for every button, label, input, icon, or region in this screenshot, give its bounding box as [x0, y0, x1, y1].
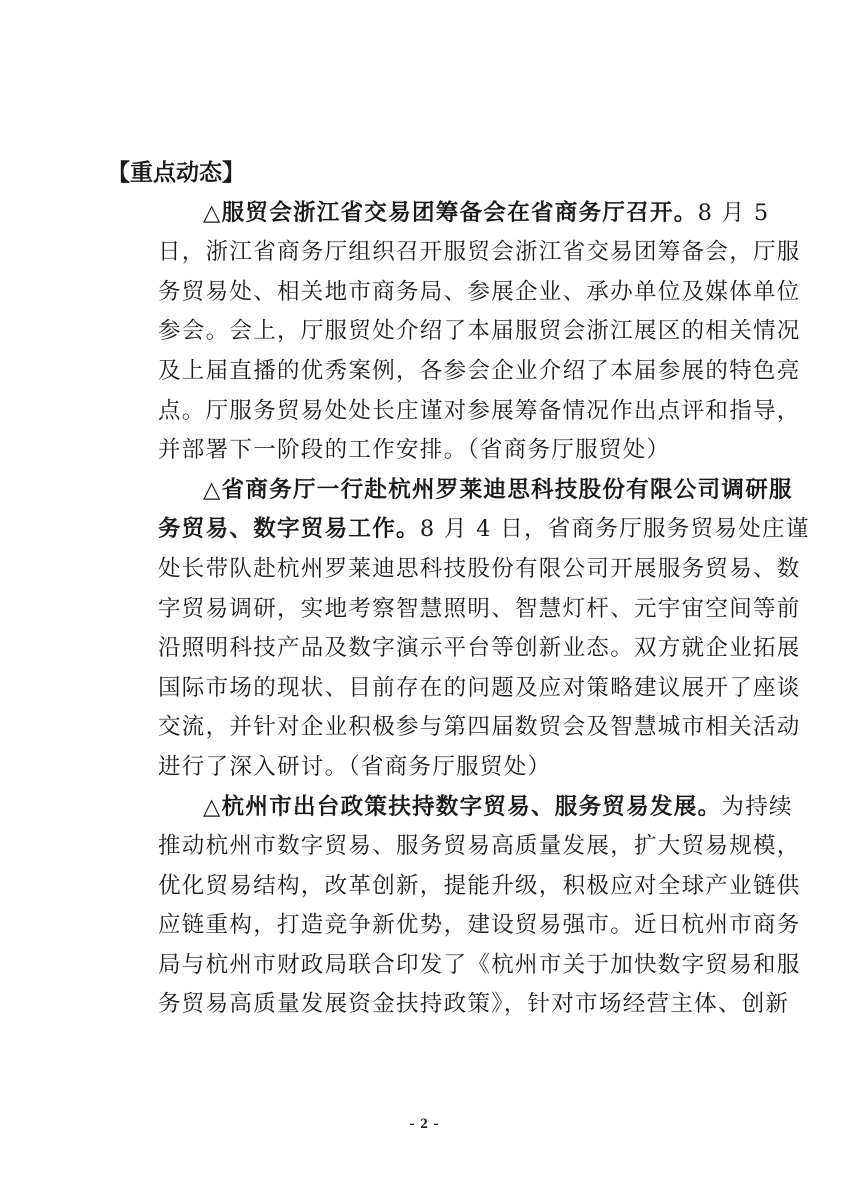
section-heading: 【重点动态】 — [107, 154, 745, 194]
article-headline: △杭州市出台政策扶持数字贸易、服务贸易发展。 — [203, 794, 721, 820]
article-headline: △服贸会浙江省交易团筹备会在省商务厅召开。 — [203, 200, 698, 226]
text-line: △杭州市出台政策扶持数字贸易、服务贸易发展。为持续 — [113, 788, 745, 828]
body-text: 8 月 5 — [698, 200, 770, 226]
page-number: - 2 - — [0, 1116, 849, 1133]
text-line: 点。厅服务贸易处处长庄谨对参展筹备情况作出点评和指导， — [113, 392, 745, 432]
text-line: 优化贸易结构，改革创新，提能升级，积极应对全球产业链供 — [113, 867, 745, 907]
body-text: 为持续 — [721, 794, 792, 820]
text-line: 并部署下一阶段的工作安排。（省商务厅服贸处） — [113, 431, 745, 471]
article-leedarson-research-visit: △省商务厅一行赴杭州罗莱迪思科技股份有限公司调研服 务贸易、数字贸易工作。8 月… — [113, 471, 745, 788]
text-line: 沿照明科技产品及数字演示平台等创新业态。双方就企业拓展 — [113, 629, 745, 669]
text-line: 字贸易调研，实地考察智慧照明、智慧灯杆、元宇宙空间等前 — [113, 590, 745, 630]
text-line: 交流，并针对企业积极参与第四届数贸会及智慧城市相关活动 — [113, 708, 745, 748]
document-page: 【重点动态】 △服贸会浙江省交易团筹备会在省商务厅召开。8 月 5 日，浙江省商… — [113, 154, 745, 1025]
text-line: 务贸易处、相关地市商务局、参展企业、承办单位及媒体单位 — [113, 273, 745, 313]
text-line: △省商务厅一行赴杭州罗莱迪思科技股份有限公司调研服 — [113, 471, 745, 511]
text-line: 应链重构，打造竞争新优势，建设贸易强市。近日杭州市商务 — [113, 906, 745, 946]
text-line: 参会。会上，厅服贸处介绍了本届服贸会浙江展区的相关情况 — [113, 312, 745, 352]
article-hangzhou-trade-policy: △杭州市出台政策扶持数字贸易、服务贸易发展。为持续 推动杭州市数字贸易、服务贸易… — [113, 788, 745, 1026]
article-headline-cont: 务贸易、数字贸易工作。 — [158, 516, 420, 542]
article-headline: △省商务厅一行赴杭州罗莱迪思科技股份有限公司调研服 — [203, 477, 793, 503]
body-text: 8 月 4 日，省商务厅服务贸易处庄谨 — [420, 516, 810, 542]
text-line: 局与杭州市财政局联合印发了《杭州市关于加快数字贸易和服 — [113, 946, 745, 986]
text-line: 推动杭州市数字贸易、服务贸易高质量发展，扩大贸易规模， — [113, 827, 745, 867]
article-service-trade-fair-preparation: △服贸会浙江省交易团筹备会在省商务厅召开。8 月 5 日，浙江省商务厅组织召开服… — [113, 194, 745, 471]
text-line: 及上届直播的优秀案例，各参会企业介绍了本届参展的特色亮 — [113, 352, 745, 392]
text-line: △服贸会浙江省交易团筹备会在省商务厅召开。8 月 5 — [113, 194, 745, 234]
text-line: 国际市场的现状、目前存在的问题及应对策略建议展开了座谈 — [113, 669, 745, 709]
text-line: 日，浙江省商务厅组织召开服贸会浙江省交易团筹备会，厅服 — [113, 233, 745, 273]
text-line: 进行了深入研讨。（省商务厅服贸处） — [113, 748, 745, 788]
text-line: 务贸易、数字贸易工作。8 月 4 日，省商务厅服务贸易处庄谨 — [113, 510, 745, 550]
text-line: 务贸易高质量发展资金扶持政策》，针对市场经营主体、创新 — [113, 985, 745, 1025]
text-line: 处长带队赴杭州罗莱迪思科技股份有限公司开展服务贸易、数 — [113, 550, 745, 590]
